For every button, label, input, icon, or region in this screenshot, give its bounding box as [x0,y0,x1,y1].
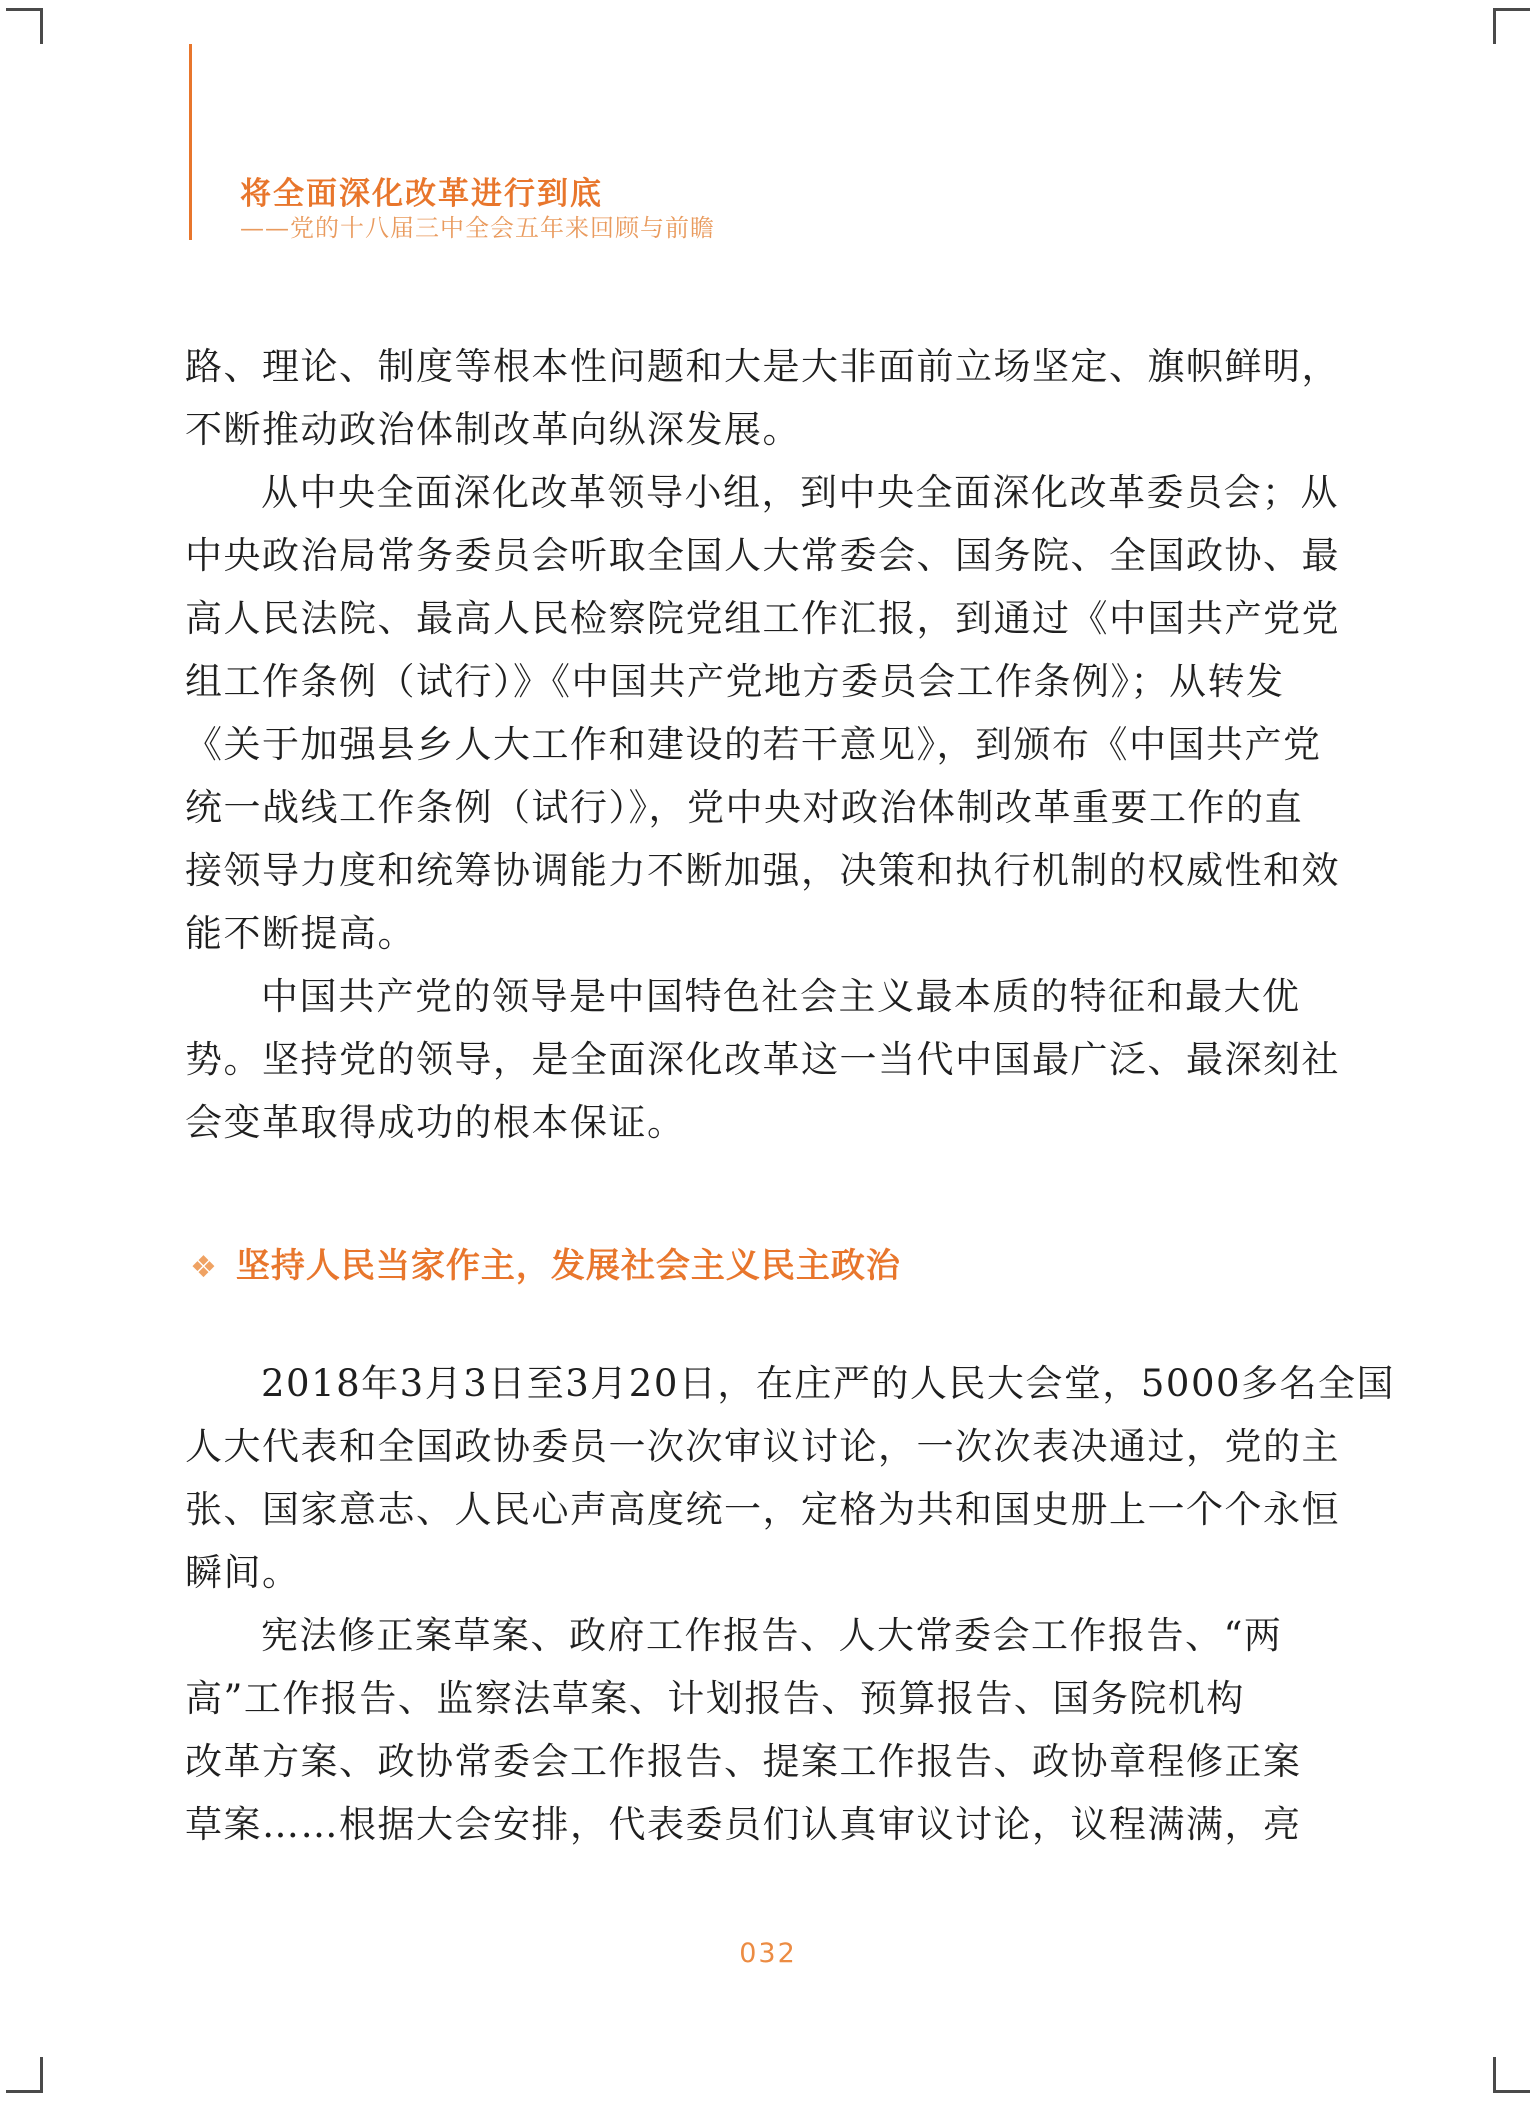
body-line: 接领导力度和统筹协调能力不断加强，决策和执行机制的权威性和效 [185,839,1385,902]
crop-mark-bottom-right-h [1494,2090,1530,2093]
diamond-icon: ❖ [190,1250,218,1285]
body-line: 人大代表和全国政协委员一次次审议讨论，一次次表决通过，党的主 [185,1415,1385,1478]
body-line: 不断推动政治体制改革向纵深发展。 [185,398,1385,461]
crop-mark-bottom-left-v [40,2057,43,2093]
body-line: 中国共产党的领导是中国特色社会主义最本质的特征和最大优 [185,965,1385,1028]
body-line: 路、理论、制度等根本性问题和大是大非面前立场坚定、旗帜鲜明， [185,335,1385,398]
body-line: 瞬间。 [185,1541,1385,1604]
body-line: 高”工作报告、监察法草案、计划报告、预算报告、国务院机构 [185,1667,1385,1730]
body-line: 宪法修正案草案、政府工作报告、人大常委会工作报告、“两 [185,1604,1385,1667]
body-line: 中央政治局常务委员会听取全国人大常委会、国务院、全国政协、最 [185,524,1385,587]
header-rule [189,44,192,240]
body-line: 《关于加强县乡人大工作和建设的若干意见》，到颁布《中国共产党 [185,713,1385,776]
crop-mark-bottom-left-h [6,2090,42,2093]
crop-mark-top-left-v [40,8,43,44]
body-line: 高人民法院、最高人民检察院党组工作汇报，到通过《中国共产党党 [185,587,1385,650]
section-heading: ❖坚持人民当家作主，发展社会主义民主政治 [190,1238,901,1287]
body-line: 统一战线工作条例（试行）》，党中央对政治体制改革重要工作的直 [185,776,1385,839]
body-line: 能不断提高。 [185,902,1385,965]
page-number: 032 [0,1938,1536,1969]
body-line: 张、国家意志、人民心声高度统一，定格为共和国史册上一个个永恒 [185,1478,1385,1541]
body-line: 从中央全面深化改革领导小组，到中央全面深化改革委员会；从 [185,461,1385,524]
body-line: 改革方案、政协常委会工作报告、提案工作报告、政协章程修正案 [185,1730,1385,1793]
crop-mark-top-left-h [6,8,42,11]
crop-mark-top-right-v [1493,8,1496,44]
body-line: 势。坚持党的领导，是全面深化改革这一当代中国最广泛、最深刻社 [185,1028,1385,1091]
book-subtitle: ——党的十八届三中全会五年来回顾与前瞻 [240,208,715,243]
book-title: 将全面深化改革进行到底 [240,168,603,213]
body-line: 组工作条例（试行）》《中国共产党地方委员会工作条例》；从转发 [185,650,1385,713]
body-line: 2018年3月3日至3月20日，在庄严的人民大会堂，5000多名全国 [185,1352,1385,1415]
section-heading-text: 坚持人民当家作主，发展社会主义民主政治 [236,1246,901,1286]
body-line: 草案……根据大会安排，代表委员们认真审议讨论，议程满满，亮 [185,1793,1385,1856]
crop-mark-top-right-h [1494,8,1530,11]
book-page: 将全面深化改革进行到底 ——党的十八届三中全会五年来回顾与前瞻 路、理论、制度等… [0,0,1536,2101]
body-paragraphs-after: 2018年3月3日至3月20日，在庄严的人民大会堂，5000多名全国人大代表和全… [185,1352,1385,1856]
crop-mark-bottom-right-v [1493,2057,1496,2093]
body-line: 会变革取得成功的根本保证。 [185,1091,1385,1154]
body-paragraphs-before: 路、理论、制度等根本性问题和大是大非面前立场坚定、旗帜鲜明，不断推动政治体制改革… [185,335,1385,1154]
